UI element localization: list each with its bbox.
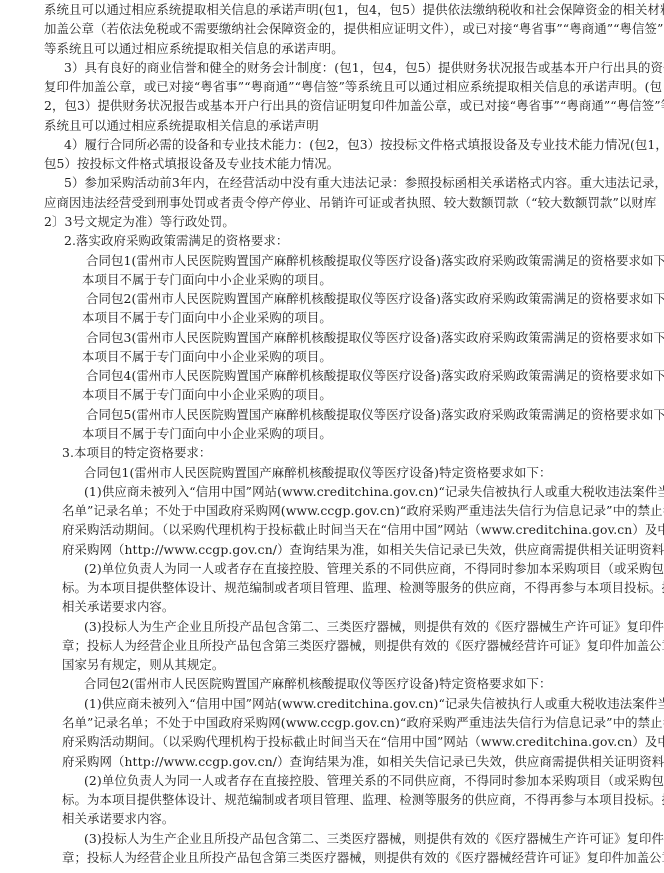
- text-line: (2)单位负责人为同一人或者存在直接控股、管理关系的不同供应商，不得同时参加本采…: [84, 771, 664, 790]
- text-line: (1)供应商未被列入“信用中国”网站(www.creditchina.gov.c…: [84, 482, 664, 501]
- text-line: 系统且可以通过相应系统提取相关信息的承诺声明: [44, 116, 319, 135]
- text-line: 合同包2(雷州市人民医院购置国产麻醉机核酸提取仪等医疗设备)特定资格要求如下：: [84, 674, 552, 693]
- text-line: 合同包5(雷州市人民医院购置国产麻醉机核酸提取仪等医疗设备)落实政府采购政策需满…: [86, 405, 664, 424]
- text-line: 本项目不属于专门面向中小企业采购的项目。: [82, 385, 332, 404]
- text-line: 章；投标人为经营企业且所投产品包含第三类医疗器械，则提供有效的《医疗器械经营许可…: [62, 636, 664, 655]
- text-line: 标。为本项目提供整体设计、规范编制或者项目管理、监理、检测等服务的供应商，不得再…: [62, 790, 664, 809]
- text-line: 2，包3）提供财务状况报告或基本开户行出具的资信证明复印件加盖公章，或已对接“粤…: [44, 96, 664, 115]
- text-line: 3）具有良好的商业信誉和健全的财务会计制度：(包1，包4，包5）提供财务状况报告…: [64, 58, 664, 77]
- text-line: 2.落实政府采购政策需满足的资格要求：: [64, 231, 288, 250]
- document-page: 系统且可以通过相应系统提取相关信息的承诺声明(包1，包4，包5）提供依法缴纳税收…: [0, 0, 664, 873]
- text-line: 名单”记录名单；不处于中国政府采购网(www.ccgp.gov.cn)“政府采购…: [62, 501, 664, 520]
- text-line: 国家另有规定，则从其规定。: [62, 655, 224, 674]
- text-line: (1)供应商未被列入“信用中国”网站(www.creditchina.gov.c…: [84, 694, 664, 713]
- text-line: 相关承诺要求内容。: [62, 597, 174, 616]
- text-line: 4）履行合同所必需的设备和专业技术能力：(包2，包3）按投标文件格式填报设备及专…: [64, 135, 664, 154]
- text-line: 包5）按投标文件格式填报设备及专业技术能力情况。: [44, 154, 339, 173]
- text-line: 名单”记录名单；不处于中国政府采购网(www.ccgp.gov.cn)“政府采购…: [62, 713, 664, 732]
- text-line: 府采购网（http://www.ccgp.gov.cn/）查询结果为准，如相关失…: [62, 752, 664, 771]
- text-line: 3.本项目的特定资格要求：: [62, 443, 211, 462]
- text-line: 本项目不属于专门面向中小企业采购的项目。: [82, 424, 332, 443]
- text-line: 加盖公章（若依法免税或不需要缴纳社会保障资金的，提供相应证明文件），或已对接“粤…: [44, 19, 663, 38]
- text-line: 相关承诺要求内容。: [62, 809, 174, 828]
- text-line: 系统且可以通过相应系统提取相关信息的承诺声明(包1，包4，包5）提供依法缴纳税收…: [44, 0, 664, 19]
- text-line: 府采购活动期间。（以采购代理机构于投标截止时间当天在“信用中国”网站（www.c…: [62, 732, 664, 751]
- text-line: 等系统且可以通过相应系统提取相关信息的承诺声明。: [44, 39, 344, 58]
- text-line: 合同包3(雷州市人民医院购置国产麻醉机核酸提取仪等医疗设备)落实政府采购政策需满…: [86, 328, 664, 347]
- text-line: 合同包1(雷州市人民医院购置国产麻醉机核酸提取仪等医疗设备)落实政府采购政策需满…: [86, 251, 664, 270]
- text-line: 标。为本项目提供整体设计、规范编制或者项目管理、监理、检测等服务的供应商，不得再…: [62, 578, 664, 597]
- text-line: 本项目不属于专门面向中小企业采购的项目。: [82, 270, 332, 289]
- text-line: 本项目不属于专门面向中小企业采购的项目。: [82, 347, 332, 366]
- text-line: (2)单位负责人为同一人或者存在直接控股、管理关系的不同供应商，不得同时参加本采…: [84, 559, 664, 578]
- text-line: 复印件加盖公章，或已对接“粤省事”“粤商通”“粤信签”等系统且可以通过相应系统提…: [44, 77, 662, 96]
- text-line: 府采购网（http://www.ccgp.gov.cn/）查询结果为准，如相关失…: [62, 540, 664, 559]
- text-line: 合同包4(雷州市人民医院购置国产麻醉机核酸提取仪等医疗设备)落实政府采购政策需满…: [86, 366, 664, 385]
- text-line: 2〕3号文规定为准）等行政处罚。: [44, 212, 235, 231]
- text-line: 本项目不属于专门面向中小企业采购的项目。: [82, 308, 332, 327]
- text-line: 府采购活动期间。（以采购代理机构于投标截止时间当天在“信用中国”网站（www.c…: [62, 520, 664, 539]
- text-line: (3)投标人为生产企业且所投产品包含第二、三类医疗器械，则提供有效的《医疗器械生…: [84, 829, 664, 848]
- text-line: 章；投标人为经营企业且所投产品包含第三类医疗器械，则提供有效的《医疗器械经营许可…: [62, 848, 664, 867]
- text-line: 应商因违法经营受到刑事处罚或者责令停产停业、吊销许可证或者执照、较大数额罚款（“…: [44, 193, 664, 212]
- text-line: (3)投标人为生产企业且所投产品包含第二、三类医疗器械，则提供有效的《医疗器械生…: [84, 617, 664, 636]
- text-line: 合同包1(雷州市人民医院购置国产麻醉机核酸提取仪等医疗设备)特定资格要求如下：: [84, 463, 552, 482]
- text-line: 合同包2(雷州市人民医院购置国产麻醉机核酸提取仪等医疗设备)落实政府采购政策需满…: [86, 289, 664, 308]
- text-line: 5）参加采购活动前3年内，在经营活动中没有重大违法记录：参照投标函相关承诺格式内…: [64, 173, 664, 192]
